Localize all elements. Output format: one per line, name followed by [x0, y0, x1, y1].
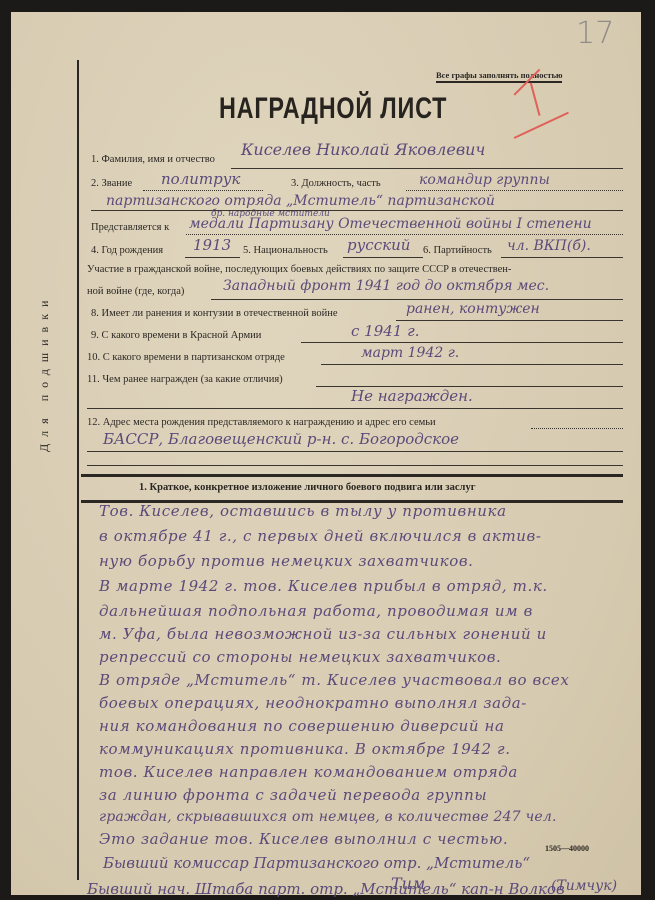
field-4-value: 1913: [193, 236, 231, 254]
field-6-label: 6. Партийность: [423, 245, 492, 256]
field-12-line-3: [87, 465, 623, 466]
narrative-line: м. Уфа, была невозможной из-за сильных г…: [99, 625, 547, 643]
field-11-line-2: [87, 408, 623, 409]
field-10-label: 10. С какого времени в партизанском отря…: [87, 352, 285, 363]
narrative-line: коммуникациях противника. В октябре 1942…: [99, 740, 511, 758]
narrative-line: ния командования по совершению диверсий …: [99, 717, 505, 735]
field-3-line: [406, 190, 623, 191]
field-8-line: [396, 320, 623, 321]
field-9-line: [301, 342, 623, 343]
print-code: 1505—40000: [545, 844, 589, 853]
field-5-value: русский: [347, 236, 410, 254]
archive-page-number: 17: [576, 16, 614, 51]
field-3-value: командир группы: [419, 172, 550, 188]
narrative-line: тов. Киселев направлен командованием отр…: [99, 763, 518, 781]
narrative-line: В отряде „Мститель“ т. Киселев участвова…: [99, 671, 569, 689]
narrative-line: за линию фронта с задачей перевода групп…: [99, 786, 487, 804]
represented-value: медали Партизану Отечественной войны I с…: [189, 216, 592, 232]
field-7-value: Западный фронт 1941 год до октября мес.: [223, 278, 549, 294]
represented-line: [186, 234, 623, 235]
field-10-line: [321, 364, 623, 365]
field-1-line: [231, 168, 623, 169]
field-9-label: 9. С какого времени в Красной Армии: [91, 330, 261, 341]
field-1-value: Киселев Николай Яковлевич: [241, 140, 485, 159]
field-5-label: 5. Национальность: [243, 245, 328, 256]
narrative-line: Тов. Киселев, оставшись в тылу у противн…: [99, 502, 507, 520]
field-11-value: Не награжден.: [351, 387, 473, 405]
field-4-label: 4. Год рождения: [91, 245, 163, 256]
field-12-line-2: [87, 451, 623, 452]
field-7-label-2: ной войне (где, когда): [87, 286, 184, 297]
field-2-line: [143, 190, 263, 191]
field-2-value: политрук: [161, 170, 240, 188]
narrative-line: дальнейшая подпольная работа, проводимая…: [99, 602, 533, 620]
narrative-line: ную борьбу против немецких захватчиков.: [99, 552, 474, 570]
narrative-line: боевых операциях, неоднократно выполнял …: [99, 694, 527, 712]
field-12-line: [531, 428, 623, 429]
narrative-line: репрессий со стороны немецких захватчико…: [99, 648, 501, 666]
represented-label: Представляется к: [91, 222, 169, 233]
fill-instruction: Все графы заполнять полностью: [436, 70, 562, 83]
field-1-label: 1. Фамилия, имя и отчество: [91, 154, 215, 165]
section-heading: 1. Краткое, конкретное изложение личного…: [139, 482, 475, 493]
field-7-label: Участие в гражданской войне, последующих…: [87, 264, 511, 275]
field-5-line: [343, 257, 423, 258]
narrative-line: Это задание тов. Киселев выполнил с чест…: [99, 830, 508, 848]
commissar-signature-line: Бывший комиссар Партизанского отр. „Мсти…: [103, 854, 530, 872]
field-6-value: чл. ВКП(б).: [507, 238, 591, 254]
field-3-label: 3. Должность, часть: [291, 178, 381, 189]
binding-note: Для подшивки: [37, 294, 52, 452]
section-top-rule: [81, 474, 623, 477]
field-11-label: 11. Чем ранее награжден (за какие отличи…: [87, 374, 283, 385]
field-8-label: 8. Имеет ли ранения и контузии в отечест…: [91, 308, 337, 319]
field-7-line: [211, 299, 623, 300]
narrative-line: в октябре 41 г., с первых дней включился…: [99, 527, 542, 545]
field-3-value-line2: партизанского отряда „Мститель“ партизан…: [106, 193, 495, 209]
narrative-line: граждан, скрывавшихся от немцев, в колич…: [99, 809, 557, 825]
field-3-line-2: [91, 210, 623, 211]
field-8-value: ранен, контужен: [406, 301, 540, 317]
field-10-value: март 1942 г.: [361, 345, 459, 361]
document-title: НАГРАДНОЙ ЛИСТ: [219, 92, 447, 126]
field-2-label: 2. Звание: [91, 178, 132, 189]
field-12-label: 12. Адрес места рождения представляемого…: [87, 417, 436, 428]
binding-margin-line: [77, 60, 79, 880]
field-9-value: с 1941 г.: [351, 322, 419, 340]
award-sheet-paper: 17 Все графы заполнять полностью Для под…: [11, 12, 641, 895]
chief-of-staff-signature-line: Бывший нач. Штаба парт. отр. „Мститель“ …: [87, 880, 565, 898]
narrative-line: В марте 1942 г. тов. Киселев прибыл в от…: [99, 577, 548, 595]
red-mark-cross-2: [530, 83, 540, 116]
field-4-line: [185, 257, 240, 258]
field-12-value: БАССР, Благовещенский р-н. с. Богородско…: [103, 430, 459, 448]
red-mark-slash: [514, 112, 569, 139]
field-6-line: [501, 257, 623, 258]
